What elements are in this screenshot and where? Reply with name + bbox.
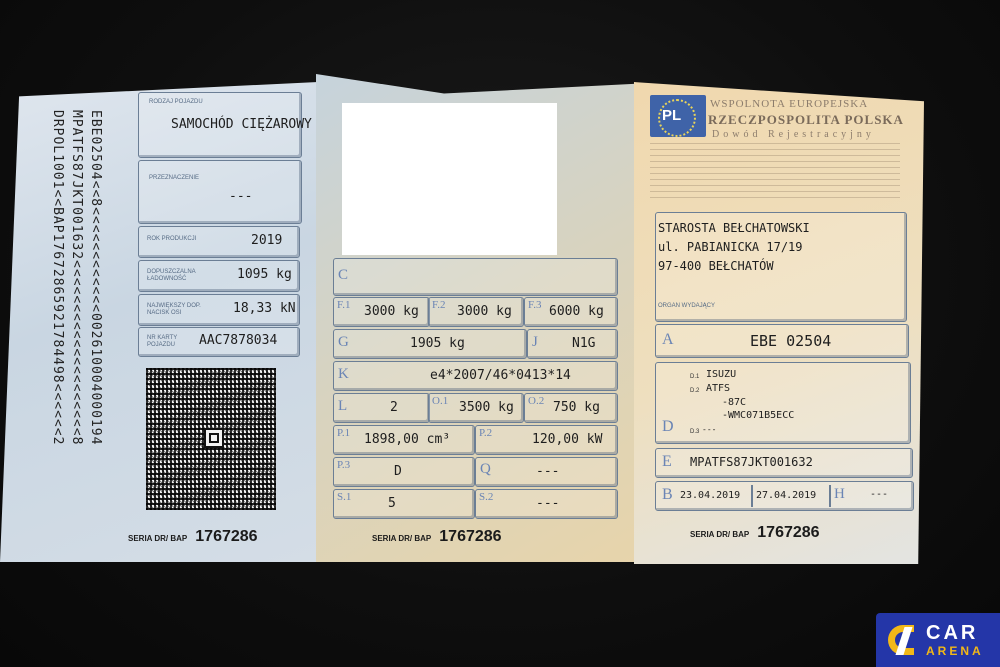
qr-center-mark	[204, 428, 224, 448]
mrz-line-2: MPATFS87JKT001632<<<<<<<<<<<<<<<<<<<<8	[69, 110, 84, 530]
header-line-1: WSPOLNOTA EUROPEJSKA	[710, 98, 868, 110]
multilingual-fine-print	[650, 143, 900, 203]
field-k: K e4*2007/46*0413*14	[333, 361, 618, 391]
brand-line-1: CAR	[926, 623, 984, 643]
field-vehicle-card-number: NR KARTY POJAZDU AAC7878034	[138, 327, 300, 357]
field-d-make-type: D D.1 ISUZU D.2 ATFS -87C -WMC071B5ECC D…	[655, 362, 911, 444]
field-f3: F.3 6000 kg	[524, 297, 618, 327]
divider	[829, 485, 831, 507]
brand-line-2: ARENA	[926, 645, 984, 657]
serial-middle: SERIA DR/ BAP 1767286	[372, 528, 502, 546]
field-s1: S.1 5	[333, 489, 475, 519]
header-line-2: RZECZPOSPOLITA POLSKA	[708, 112, 904, 128]
field-purpose: PRZEZNACZENIE ---	[138, 160, 302, 224]
field-payload: DOPUSZCZALNA ŁADOWNOŚĆ 1095 kg	[138, 260, 300, 292]
first-registration-date: 23.04.2019	[680, 490, 740, 501]
field-p3: P.3 D	[333, 457, 475, 487]
field-p2: P.2 120,00 kW	[475, 425, 618, 455]
field-f1: F.1 3000 kg	[333, 297, 430, 327]
field-f2: F.2 3000 kg	[428, 297, 524, 327]
field-production-year: ROK PRODUKCJI 2019	[138, 226, 300, 258]
field-axle-load: NAJWIĘKSZY DOP. NACISK OSI 18,33 kN	[138, 294, 300, 326]
serial-right: SERIA DR/ BAP 1767286	[690, 524, 820, 542]
registration-date: 27.04.2019	[756, 490, 816, 501]
field-a-registration-number: A EBE 02504	[655, 324, 909, 358]
field-p1: P.1 1898,00 cm³	[333, 425, 475, 455]
field-l: L 2	[333, 393, 430, 423]
qr-code	[146, 368, 276, 510]
redacted-area	[342, 103, 557, 255]
field-c: C	[333, 258, 618, 296]
mrz-line-1: DRPOL1001<<BAP17672865921784498<<<<<<2	[50, 110, 65, 530]
car-arena-watermark: CAR ARENA	[876, 613, 1000, 667]
field-o1: O.1 3500 kg	[428, 393, 524, 423]
field-dates: B 23.04.2019 27.04.2019 H ---	[655, 481, 914, 511]
field-s2: S.2 ---	[475, 489, 618, 519]
header-line-3: Dowód Rejestracyjny	[712, 129, 875, 140]
field-vehicle-type: RODZAJ POJAZDU SAMOCHÓD CIĘŻAROWY	[138, 92, 302, 158]
divider	[751, 485, 753, 507]
field-q: Q ---	[475, 457, 618, 487]
field-e-vin: E MPATFS87JKT001632	[655, 448, 913, 478]
mrz-code: DRPOL1001<<BAP17672865921784498<<<<<<2 M…	[50, 110, 130, 530]
serial-left: SERIA DR/ BAP 1767286	[128, 528, 258, 546]
field-j: J N1G	[527, 329, 618, 359]
mrz-line-3: EBE02504<<8<<<<<<<<<<<<002610004000194	[88, 110, 103, 530]
field-g: G 1905 kg	[333, 329, 527, 359]
field-o2: O.2 750 kg	[524, 393, 618, 423]
field-issuing-authority: STAROSTA BEŁCHATOWSKI ul. PABIANICKA 17/…	[655, 212, 907, 322]
eu-flag-icon: PL	[650, 95, 706, 137]
car-arena-logo-icon	[888, 625, 918, 655]
